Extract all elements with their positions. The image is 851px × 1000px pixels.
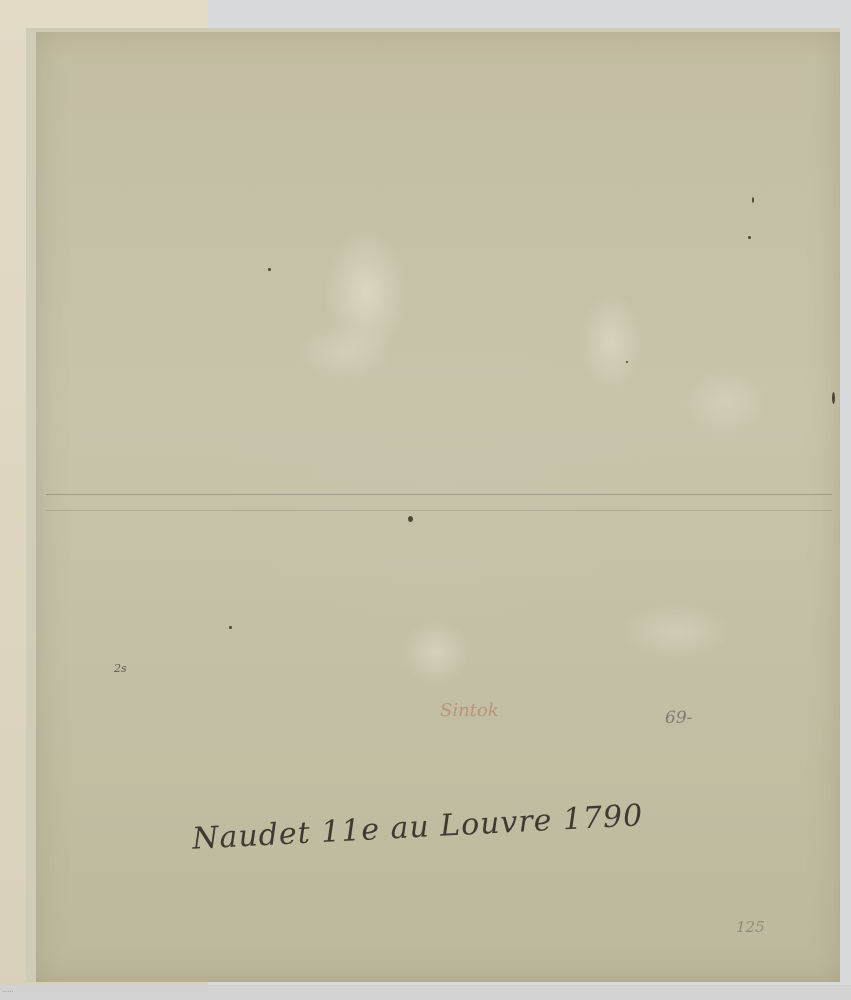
foxing-spot (752, 197, 754, 203)
foxing-spot (748, 236, 751, 239)
fold-line (46, 494, 832, 495)
red-pencil-note: Sintok (440, 700, 499, 721)
corner-mark: 125 (736, 918, 765, 936)
mount-label: ...... (2, 987, 13, 994)
foxing-spot (832, 392, 835, 404)
mount-bottom-strip (0, 985, 851, 1000)
foxing-spot (268, 268, 271, 271)
foxing-spot (408, 516, 413, 522)
pencil-mark-left: 2s (114, 662, 127, 675)
foxing-spot (626, 361, 628, 363)
pencil-number: 69- (665, 708, 692, 728)
fold-line (46, 510, 832, 511)
foxing-spot (229, 626, 232, 629)
